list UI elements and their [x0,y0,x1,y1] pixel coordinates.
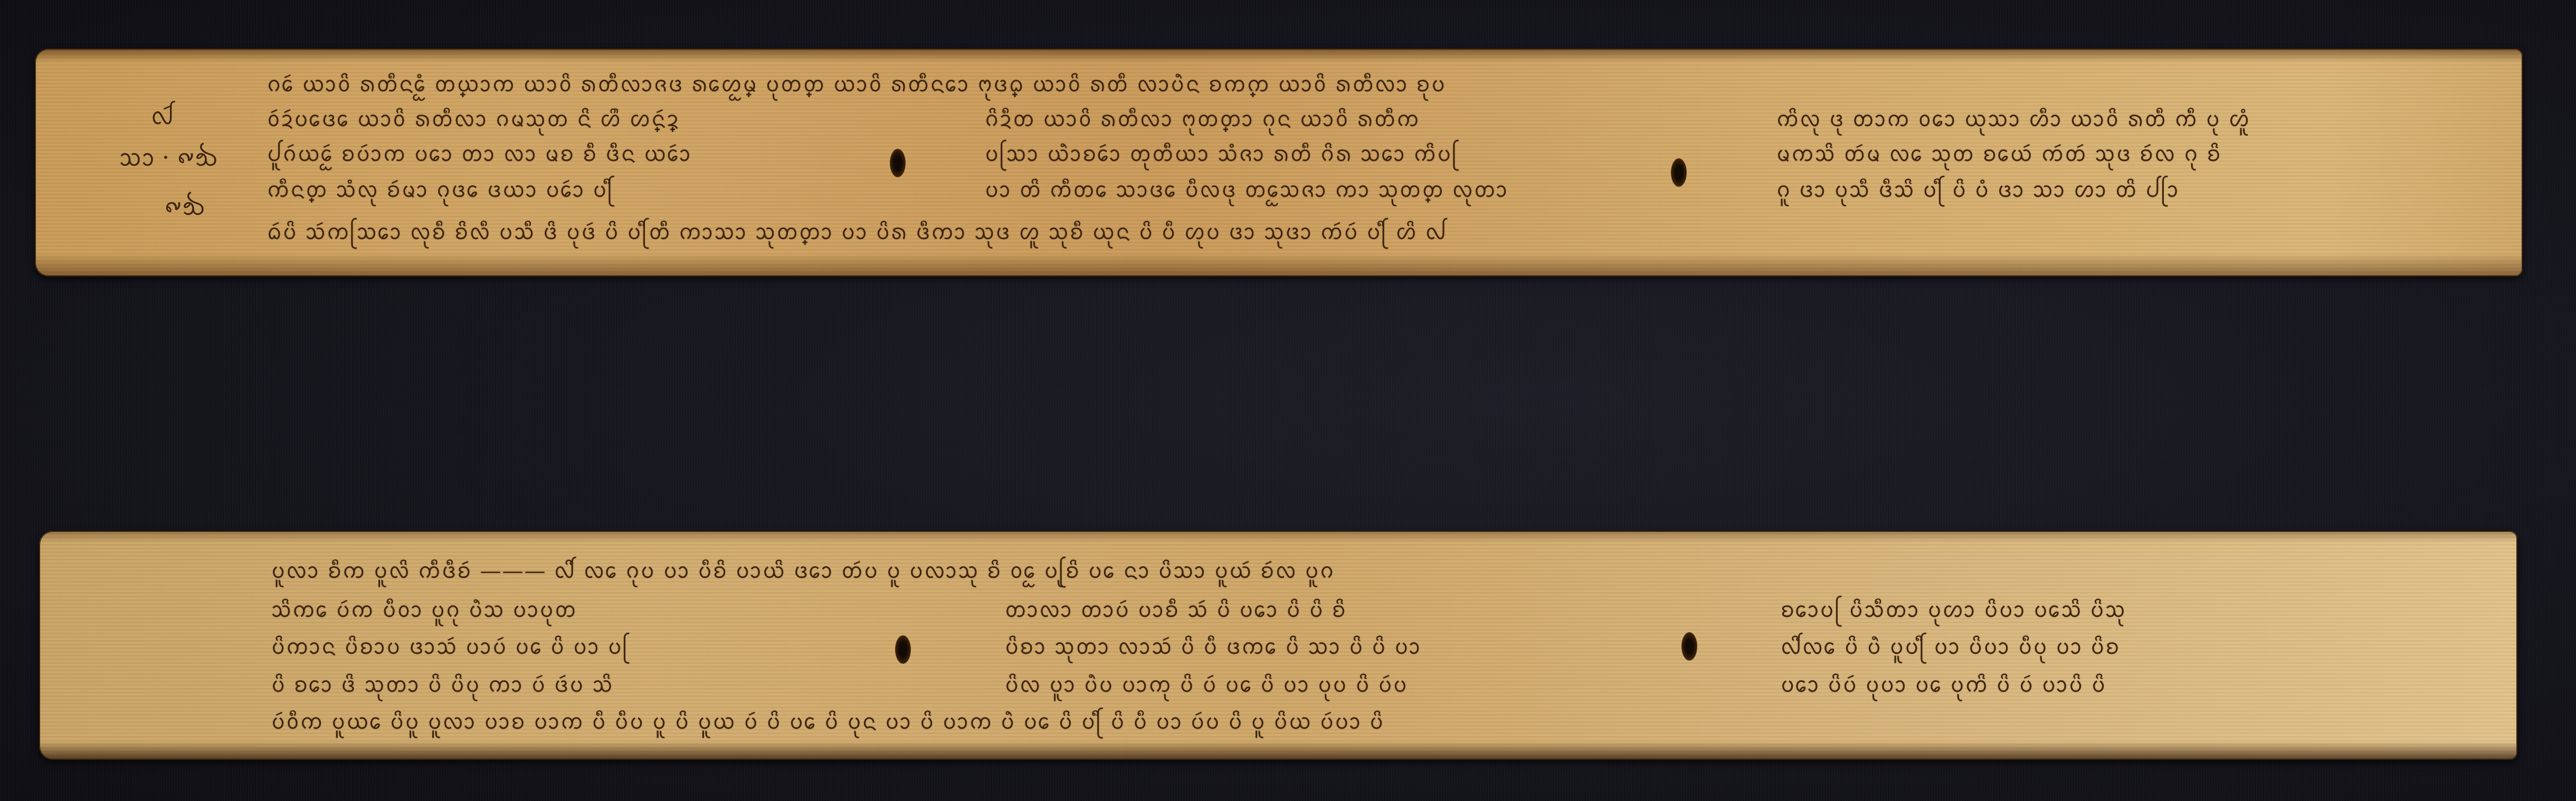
text-line-1: ᨣᩮᩢ ᨿᩣᩅᩦ ᩁᨲᩥᨶᩮᩬᩴ ᨲ᩠ᨿᩣᨠ ᨿᩣᩅᩦ ᩁᨲᩥᩃᩣᨩᨴ ᩁᩮᩉᩬ… [267,69,1446,102]
text-line-4-right: ᨷᩮᩣ ᨷᩦᨷᩢ ᨷᩩᨷᩣ ᨷᩮ ᨷᩩᨠᩦ ᨷᩦ ᨷᩢ ᨷᩣᨷᩦ ᨷᩦ [1781,669,2106,703]
top-leaf: ᩓᩢ ᩈᩣ · ᪑᪓ ᪑᪓ ᨣᩮᩢ ᨿᩣᩅᩦ ᩁᨲᩥᨶᩮᩬᩴ ᨲ᩠ᨿᩣᨠ ᨿᩣᩅ… [35,49,2523,276]
text-line-5: ᨵᩢᨷᩦ ᩈᩢᨠᩕᩈᩮᩣ ᩃᩩᨧᩥ ᨧᩦᩃᩥ ᨷᩈᩥ ᨴᩦ ᨷᩩᨴᩢ ᨷᩦ ᨷᩕ… [267,216,1447,250]
leaf-number-1: ᩓᩢ [151,99,174,136]
text-line-2-left: ᩅᩢᨯᩢᨷᩮᨴᩮ ᨿᩣᩅᩦ ᩁᨲᩥᩃᩣ ᨣᨾᩈᩩᨲ ᨶᩦ ᩉᩨ ᩉ᩠ᨶᩢ᩠ᨯ [267,103,680,137]
text-line-2-center: ᨲᩣᩃᩣ ᨲᩣᨷᩢ ᨷᩣᨧᩥ ᩈᩢ ᨷᩦ ᨷᩮᩣ ᨷᩦ ᨷᩦ ᨧᩦ [1005,594,1347,628]
text-line-4-left: ᨷᩦ ᨧᩮᩣ ᨴᩦ ᩈᩩᨲᩣ ᨷᩦ ᨷᩦᨷᩩ ᨠᩣ ᨷᩢ ᨴᩢᨷ ᩈᩦ [271,669,614,703]
text-line-2-center: ᨣᩦᨯᩥᨲ ᨿᩣᩅᩦ ᩁᨲᩥᩃᩣ ᨻᩩᨲ᩠ᨲᩣ ᨣᩩᨶ ᨿᩣᩅᩦ ᩁᨲᩥᨠ [985,103,1420,137]
binding-hole-left [895,635,911,664]
binding-hole-right [1671,158,1687,187]
text-line-3-left: ᨸᩪᨣᩢᨿᩮᩢᩬ ᨧᨷᩢᩣᨠ ᨷᩮᩣ ᨲᩣ ᩃᩣ ᨾᨧ ᨧᩥ ᨴᩥᨶ ᨿᩮᩢᩣ [267,138,692,172]
binding-hole-left [890,149,906,177]
text-line-4-right: ᨣᩪ ᨴᩣ ᨷᩩᩈᩥ ᨴᩥᩈᩦ ᨷᩕᩥ ᨷᩦ ᨷᩴ ᨴᩣ ᩈᩣ ᩉᩣ ᨲᩦ ᨸᩕ… [1776,174,2180,208]
text-line-4-center: ᨷᩣ ᨲᩦ ᨠᩥᨲᩮ ᩈᩣᨴᩮ ᨷᩥᩃᨴᩩ ᨲᩮᩬᩈᨩᩣ ᨠᩣ ᩈᩩᨲ᩠ᨲ ᩃᩩ… [985,174,1508,208]
text-line-4-center: ᨷᩦᩃ ᨷᩪᩣ ᨷᩫᨷ ᨷᩣᨠᩩ ᨷᩦ ᨷᩢ ᨷᩮ ᨷᩦ ᨷᩣ ᨷᩩᨷ ᨷᩦ ᨷ… [1005,669,1408,703]
text-line-3-right: ᩓᩦᩃᩮ ᨷᩦ ᨷᩫ ᨷᩪᨷᩕᩥ ᨷᩣ ᨷᩦᨷᩣ ᨷᩥᨷᩩ ᨷᩣ ᨷᩦᨧ [1781,631,2121,665]
text-line-1: ᨷᩪᩃᩣ ᨧᩥᨠ ᨷᩪᩃᩦ ᨠᩥᨴᩥᨧᩢ ——— ᩓᩦ ᩃᩮ ᨣᩩᨷ ᨷᩣ ᨷᩥ… [271,555,1335,589]
text-line-3-center: ᨷᩕᩈᩣ ᨿᩫᩣᨧᩮᩢᩣ ᨲᩩᨲᩥᨿᩣ ᩈᩴᨩᩣ ᩁᨲᩥ ᨣᩦᩁ ᩈᩮᩣ ᨠᩦᨷ… [985,138,1459,172]
leaf-number-2: ᩈᩣ · ᪑᪓ [119,141,218,178]
text-line-4-left: ᨠᩥᨶ᩠ᨲ ᩈᩴᩃᩩ ᨧᩢᨾᩣ ᨣᩩᨴᩮ ᨴᨿᩣ ᨷᩮᩢᩣ ᨷᩕᩥ [267,174,614,208]
text-line-3-left: ᨷᩦᨠᩣᨶ ᨷᩦᨧᩣᨷ ᨴᩣᩈᩢ ᨷᩣᨷᩢ ᨷᩮ ᨷᩦ ᨷᩣ ᨷᩕ [271,631,629,665]
text-line-5: ᨷᩢᩅᩥᨠ ᨷᩪᨿᩮ ᨷᩦᨷᩪ ᨷᩪᩃᩣ ᨷᩣᨧ ᨷᩣᨠ ᨷᩥ ᨷᩥᨷ ᨷᩪ ᨷ… [271,706,1384,740]
binding-hole-right [1681,632,1697,661]
text-line-2-right: ᨧᩮᩣᨷᩕ ᨷᩦᩈᩥᨲᩣ ᨷᩩᩉᩣ ᨷᩦᨷᩣ ᨷᩮᩈᩦ ᨷᩦᩈᩩ [1781,594,2126,628]
text-line-2-right: ᨠᩦᩃᩩ ᨴᩩ ᨲᩣᨠ ᩅᩮᩣ ᨿᩩᩈᩣ ᩉᩥᩣ ᨿᩣᩅᩦ ᩁᨲᩥ ᨠᩥ ᨷᩩ … [1776,103,2250,137]
leaf-number-3: ᪑᪓ [164,190,206,227]
bottom-leaf: ᨷᩪᩃᩣ ᨧᩥᨠ ᨷᩪᩃᩦ ᨠᩥᨴᩥᨧᩢ ——— ᩓᩦ ᩃᩮ ᨣᩩᨷ ᨷᩣ ᨷᩥ… [39,531,2517,760]
text-line-3-right: ᨾᨠᩈᩦ ᨲᩢᨾ ᩃᩮ ᩈᩩᨲ ᨧᩮᨿᩢ ᨠᩢᨲᩢ ᩈᩩᨴ ᨧᩢᩃ ᨣᩩ ᨧᩦ [1776,138,2222,172]
text-line-2-left: ᩈᩦᨠᩮ ᨷᩢᨠ ᨷᩥᩅᩣ ᨷᩪᨣᩩ ᨷᩫᩈ ᨷᩣᨷᩩᨲ [271,594,577,628]
text-line-3-center: ᨷᩦᨧᩣ ᩈᩩᨲᩣ ᩃᩣᩈᩢ ᨷᩦ ᨷᩥ ᨴᨠᩮ ᨷᩦ ᩈᩣ ᨷᩦ ᨷᩦ ᨷᩣ [1005,631,1421,665]
